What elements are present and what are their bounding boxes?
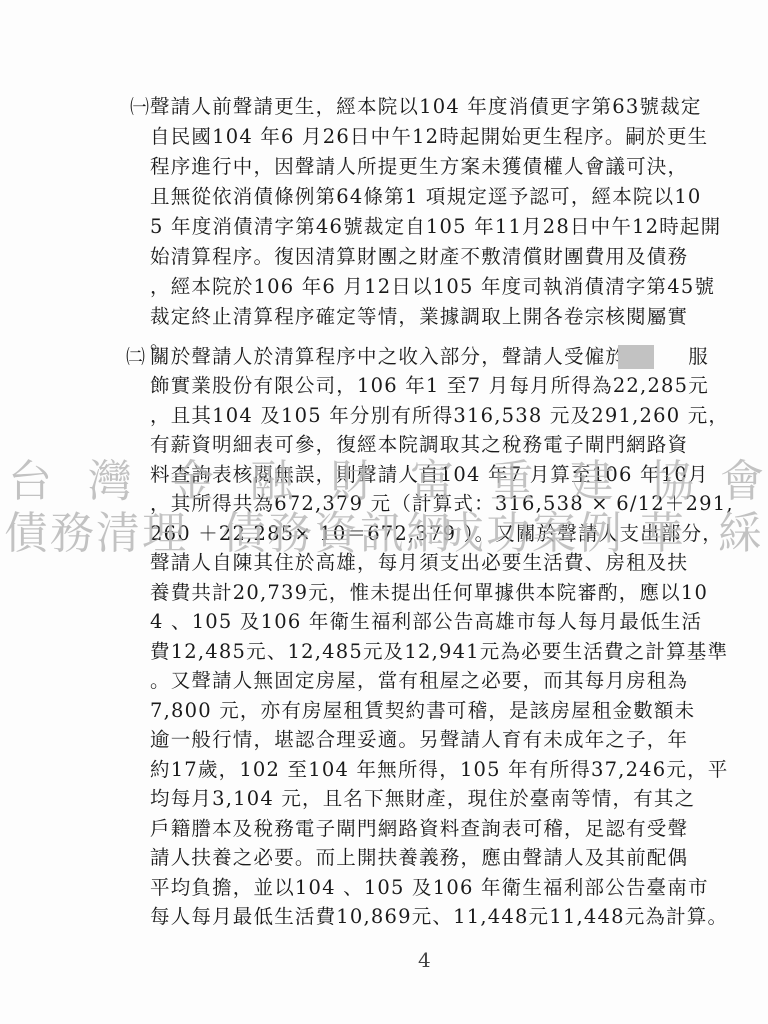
watermark-text: 綵	[718, 510, 764, 558]
watermark-char: 富	[410, 458, 456, 506]
watermark-text: 債務清理	[4, 510, 188, 558]
watermark-char: 重	[490, 458, 536, 506]
watermark-char: 會	[720, 458, 766, 506]
page-number: 4	[418, 948, 431, 972]
watermark-text: 債務資訊網	[222, 510, 452, 558]
watermark-char: 金	[170, 458, 216, 506]
watermark: 台 灣 金 融 財 富 重 建 協 會 債務清理 債務資訊網 成功案例 華 綵	[0, 0, 768, 1024]
watermark-char: 建	[570, 458, 616, 506]
watermark-char: 協	[650, 458, 696, 506]
watermark-text: 華	[640, 510, 686, 558]
watermark-text: 成功案例	[440, 510, 624, 558]
watermark-char: 台	[8, 458, 54, 506]
watermark-char: 財	[330, 458, 376, 506]
document-page: ㈠ 聲請人前聲請更生，經本院以104 年度消債更字第63號裁定 自民國104 年…	[0, 0, 768, 1024]
watermark-char: 灣	[88, 458, 134, 506]
watermark-char: 融	[250, 458, 296, 506]
